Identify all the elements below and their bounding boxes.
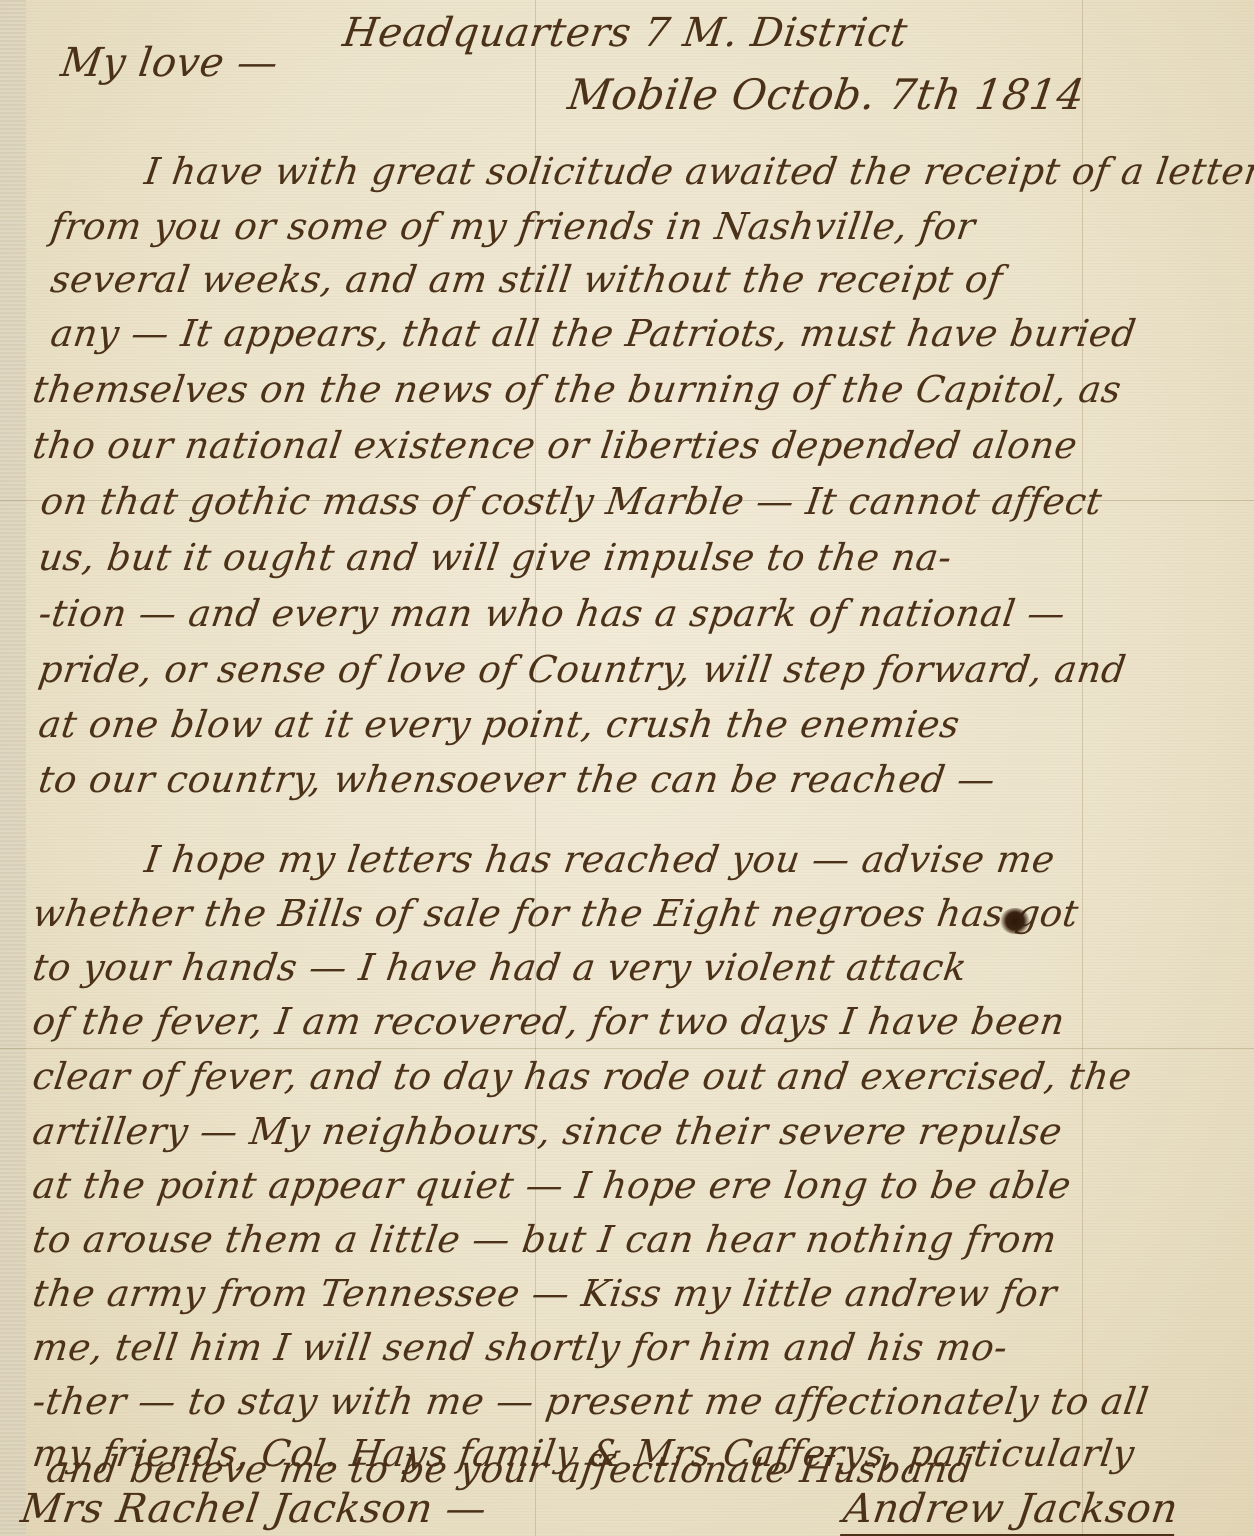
body-line: of the fever, I am recovered, for two da…	[30, 1000, 1068, 1043]
body-line: themselves on the news of the burning of…	[30, 368, 1124, 411]
body-line: from you or some of my friends in Nashvi…	[48, 205, 978, 248]
body-line: at one blow at it every point, crush the…	[36, 703, 963, 746]
body-line: artillery — My neighbours, since their s…	[30, 1110, 1065, 1153]
body-line: any — It appears, that all the Patriots,…	[48, 312, 1139, 355]
letter-signature: Andrew Jackson	[840, 1486, 1181, 1536]
body-line: the army from Tennessee — Kiss my little…	[30, 1272, 1060, 1315]
body-line: I have with great solicitude awaited the…	[142, 150, 1254, 193]
letter-heading-date: Mobile Octob. 7th 1814	[565, 70, 1088, 119]
letter-addressee: Mrs Rachel Jackson —	[18, 1486, 490, 1532]
body-line: several weeks, and am still without the …	[48, 258, 1005, 301]
fold-line	[0, 1048, 1254, 1049]
body-line: clear of fever, and to day has rode out …	[30, 1055, 1135, 1098]
body-line: -ther — to stay with me — present me aff…	[30, 1380, 1151, 1423]
body-line: tho our national existence or liberties …	[30, 424, 1080, 467]
body-line: to arouse them a little — but I can hear…	[30, 1218, 1060, 1261]
body-line: at the point appear quiet — I hope ere l…	[30, 1164, 1074, 1207]
body-line: me, tell him I will send shortly for him…	[30, 1326, 1010, 1369]
paper-edge	[0, 0, 26, 1536]
body-line: pride, or sense of love of Country, will…	[36, 648, 1129, 691]
body-line: -tion — and every man who has a spark of…	[36, 592, 1068, 635]
body-line: I hope my letters has reached you — advi…	[142, 838, 1058, 881]
body-line: on that gothic mass of costly Marble — I…	[38, 480, 1105, 523]
letter-heading-place: Headquarters 7 M. District	[340, 10, 910, 56]
body-line-closing: and believe me to be your affectionate H…	[44, 1448, 975, 1491]
letter-salutation: My love —	[58, 40, 281, 86]
body-line: to your hands — I have had a very violen…	[30, 946, 970, 989]
fold-line	[1082, 0, 1083, 1536]
body-line: whether the Bills of sale for the Eight …	[30, 892, 1081, 935]
body-line: to our country, whensoever the can be re…	[36, 758, 998, 801]
body-line: us, but it ought and will give impulse t…	[36, 536, 955, 579]
ink-blot	[1000, 908, 1030, 934]
letter-page: Headquarters 7 M. District My love — Mob…	[0, 0, 1254, 1536]
